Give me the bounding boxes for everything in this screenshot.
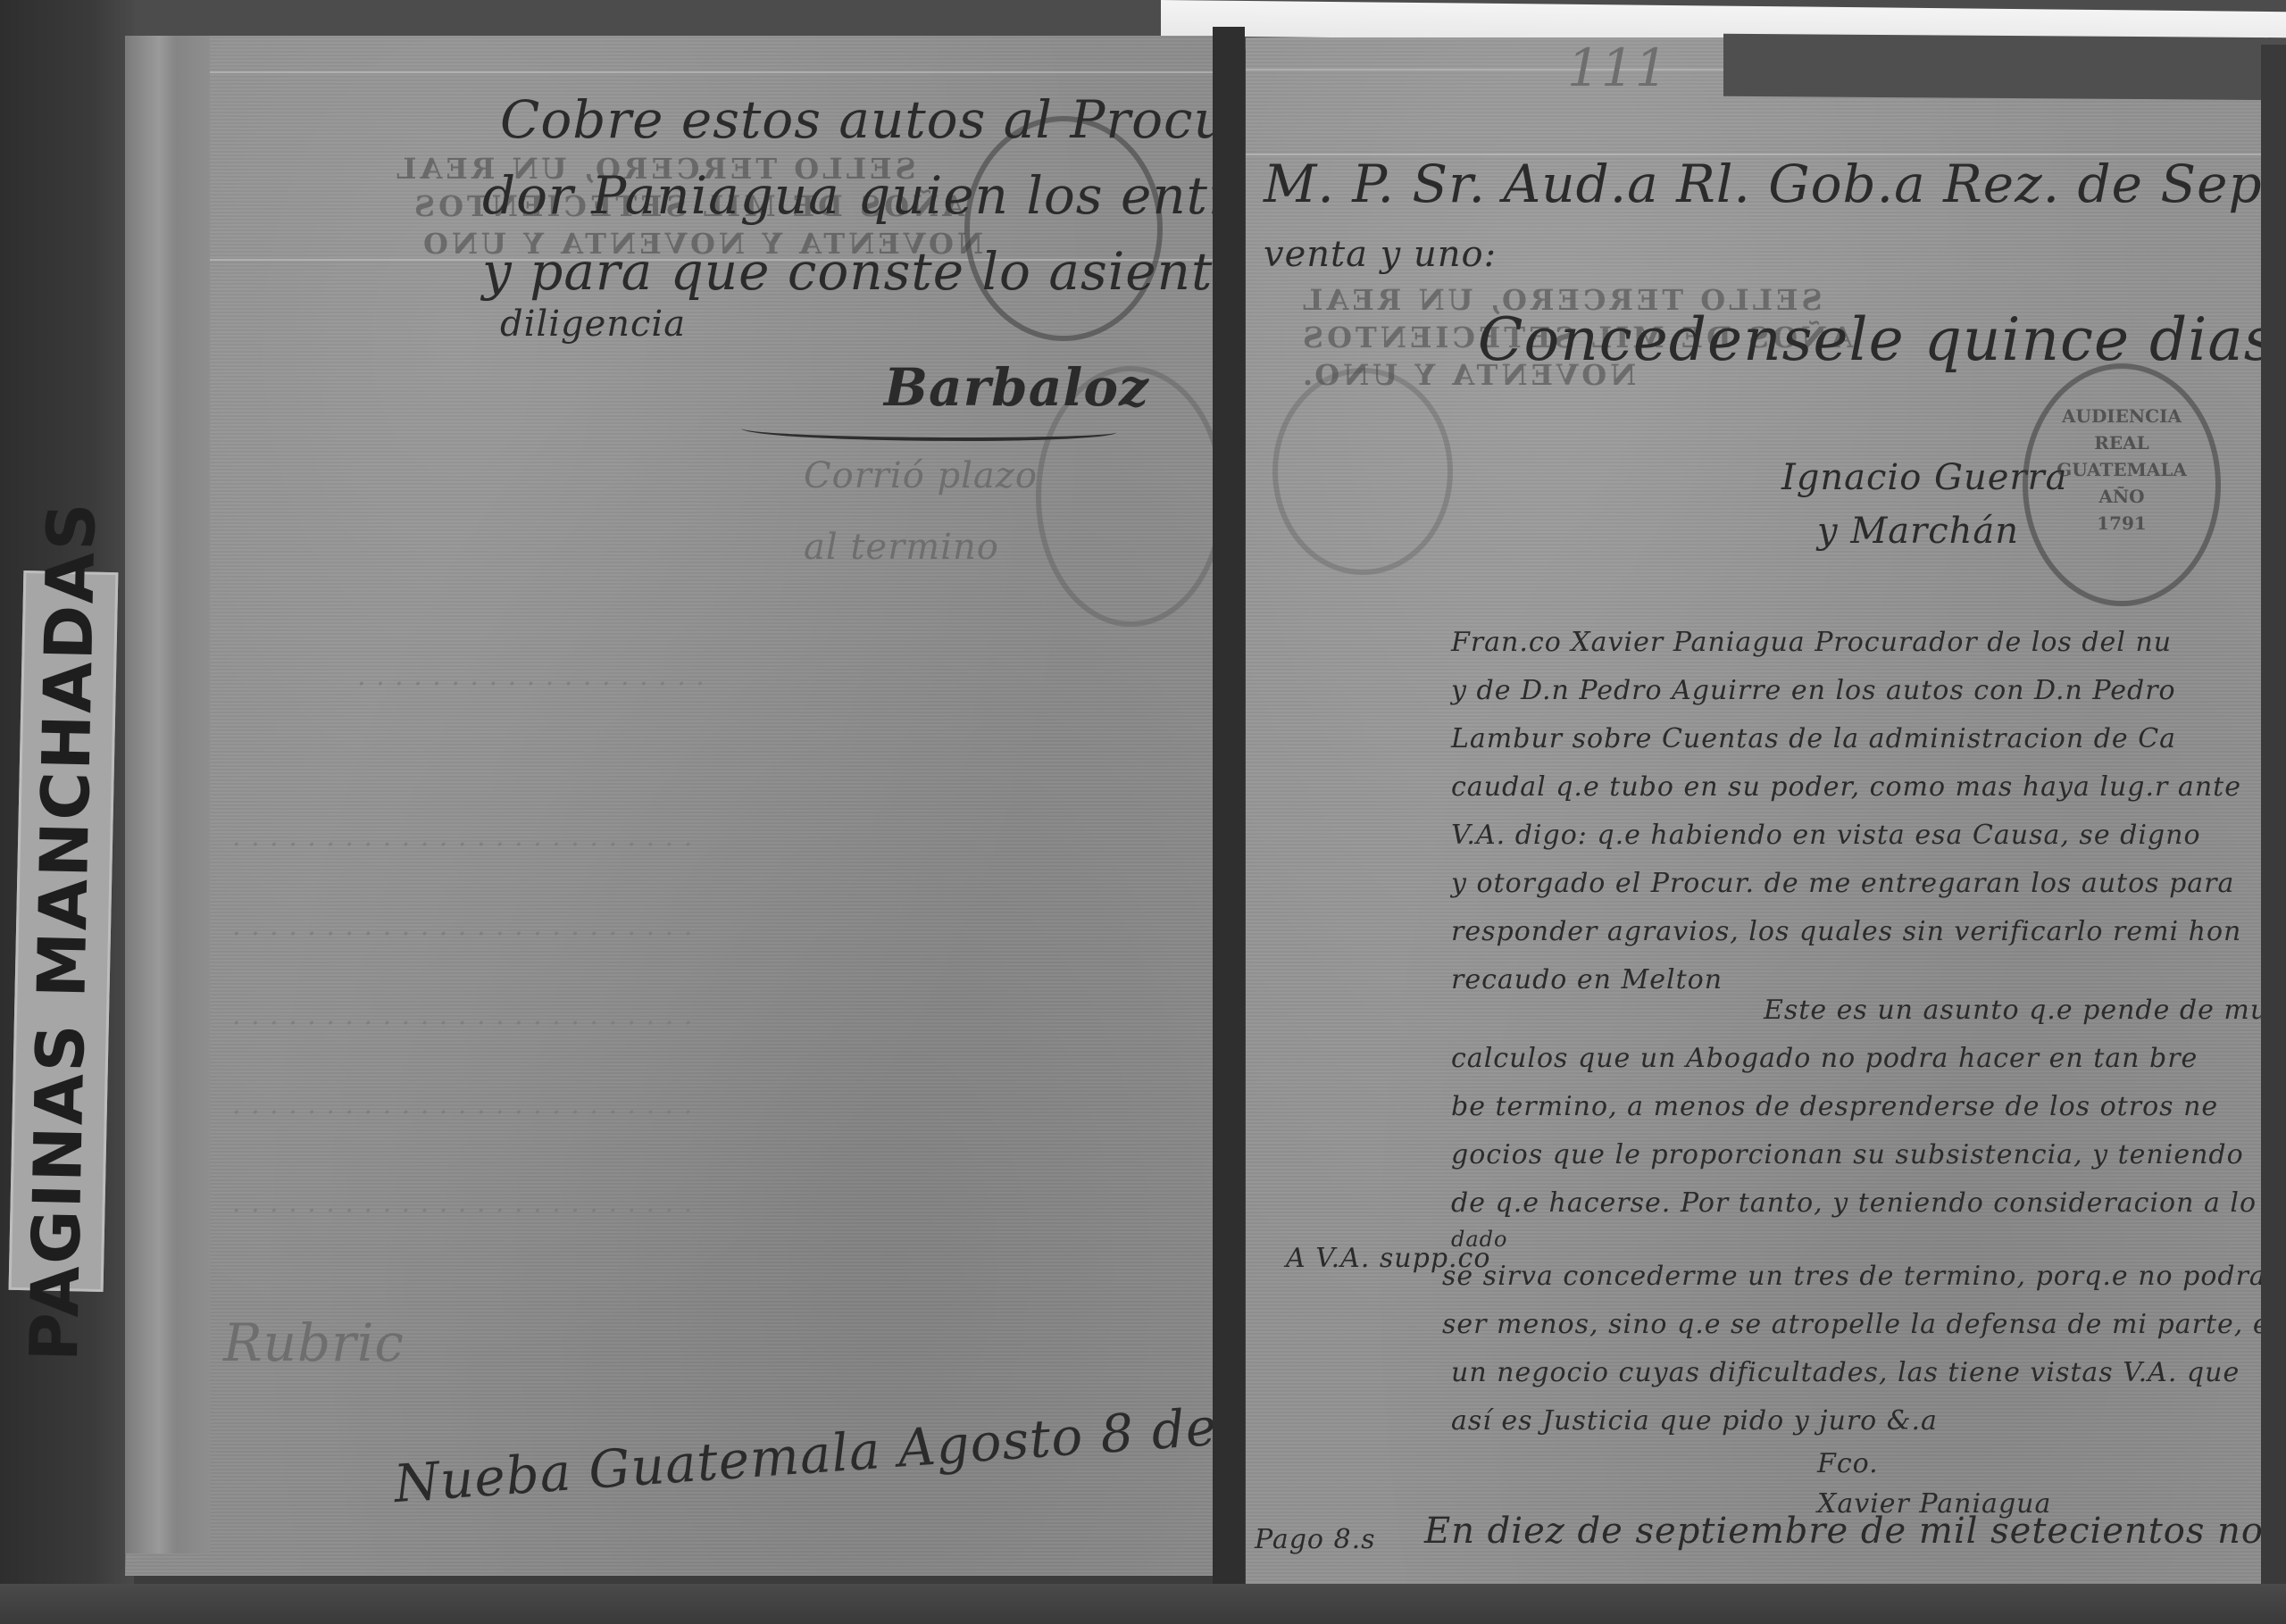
decree-signature: y Marchán [1817, 511, 2019, 552]
petition-line: responder agravios, los quales sin verif… [1451, 916, 2241, 947]
petitioner-signature: Fco. [1817, 1448, 1879, 1479]
heading-line: venta y uno: [1264, 234, 1497, 275]
ruled-line [125, 71, 1223, 73]
decree-line: y para que conste lo asiento por [482, 241, 1223, 302]
folio-number: 111 [1567, 37, 1669, 98]
closing-line: se sirva concederme un tres de termino, … [1442, 1261, 2264, 1292]
closing-line: así es Justicia que pido y juro &.a [1451, 1405, 1938, 1437]
heading-line: M. P. Sr. Aud.a Rl. Gob.a Rez. de Sep.e … [1264, 154, 2264, 214]
petition-line: Fran.co Xavier Paniagua Procurador de lo… [1451, 627, 2172, 658]
stamped-label: PAGINAS MANCHADAS [9, 570, 119, 1292]
petition-line: gocios que le proporcionan su subsistenc… [1451, 1139, 2244, 1170]
right-page: 111 M. P. Sr. Aud.a Rl. Gob.a Rez. de Se… [1246, 37, 2264, 1587]
page-fold-shadow [1723, 34, 2286, 100]
payment-note: Pago 8.s [1255, 1524, 1376, 1555]
film-bottom-border [0, 1584, 2286, 1624]
petition-line: be termino, a menos de desprenderse de l… [1451, 1091, 2218, 1122]
mirrored-note: al termino [804, 527, 999, 568]
signature-barbaloz: Barbaloz [884, 357, 1149, 418]
signature-flourish [741, 420, 1116, 441]
petition-line: caudal q.e tubo en su poder, como mas ha… [1451, 771, 2241, 803]
decree-text: Concedensele quince dias [1478, 305, 2264, 374]
petition-line: y de D.n Pedro Aguirre en los autos con … [1451, 675, 2176, 706]
decree-line: Cobre estos autos al Procu [500, 89, 1223, 150]
petition-line: recaudo en Melton [1451, 964, 1723, 995]
left-page: SELLO TERCERO, UN REAL AÑOS DE MIL SETEC… [125, 36, 1223, 1576]
rubric-signature: Rubric [223, 1312, 405, 1373]
decree-line: dor Paniagua quien los entrega [482, 165, 1223, 226]
date-line: Nueba Guatemala Agosto 8 de 1791 [392, 1386, 1223, 1514]
petition-line: V.A. digo: q.e habiendo en vista esa Cau… [1451, 820, 2201, 851]
film-right-border [2261, 45, 2286, 1624]
petition-line: Lambur sobre Cuentas de la administracio… [1451, 723, 2176, 754]
petition-line: Este es un asunto q.e pende de muchos [1764, 995, 2264, 1026]
dated-closing-line: En diez de septiembre de mil setecientos… [1424, 1511, 2264, 1552]
petition-line: y otorgado el Procur. de me entregaran l… [1451, 868, 2234, 899]
closing-line: un negocio cuyas dificultades, las tiene… [1451, 1357, 2240, 1388]
petition-line: calculos que un Abogado no podra hacer e… [1451, 1043, 2198, 1074]
petition-line: de q.e hacerse. Por tanto, y teniendo co… [1451, 1187, 2257, 1219]
audiencia-seal: AUDIENCIA REAL GUATEMALA AÑO 1791 [2023, 363, 2221, 606]
seal-stamp-ghost [1272, 368, 1453, 575]
mirrored-note: Corrió plazo [804, 455, 1038, 496]
book-spine [1213, 27, 1245, 1598]
decree-line: diligencia [500, 304, 686, 345]
closing-line: ser menos, sino q.e se atropelle la defe… [1442, 1309, 2264, 1340]
page-edge-stack [125, 36, 210, 1553]
